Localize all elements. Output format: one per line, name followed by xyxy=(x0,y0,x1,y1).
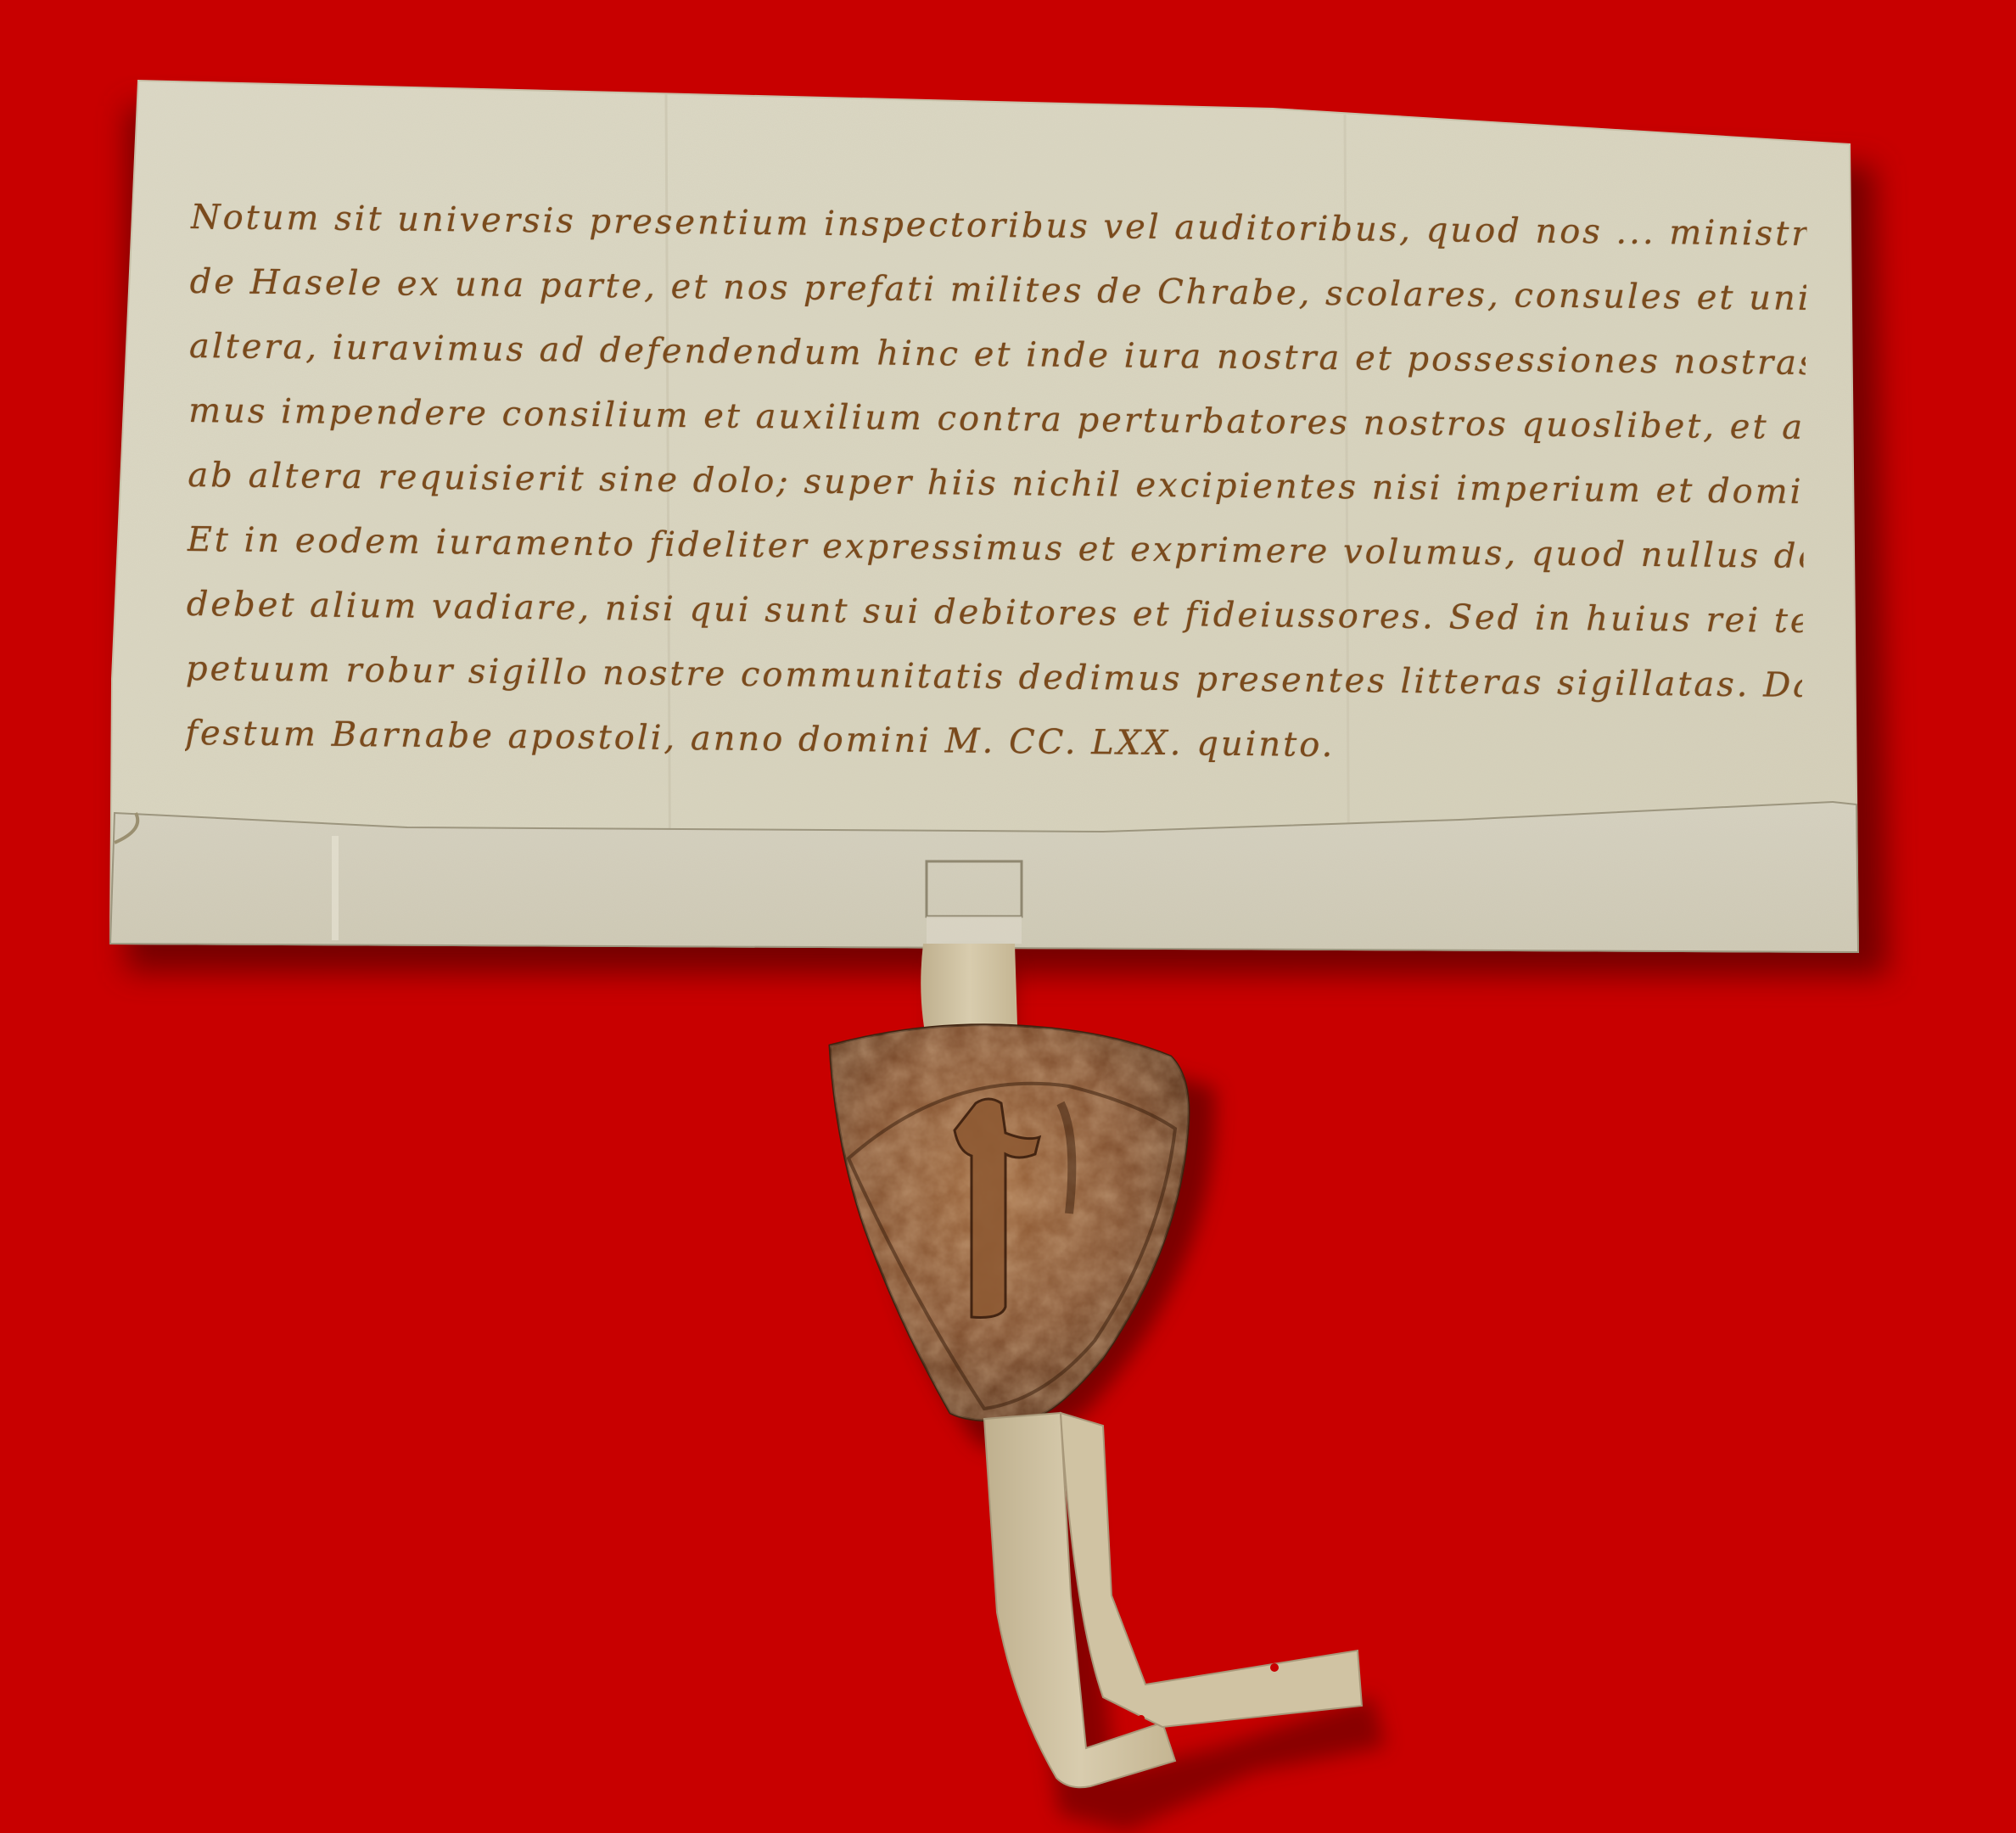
charter-text: Notum sit universis presentium inspector… xyxy=(185,185,1807,782)
charter-scene: Notum sit universis presentium inspector… xyxy=(0,0,2016,1833)
